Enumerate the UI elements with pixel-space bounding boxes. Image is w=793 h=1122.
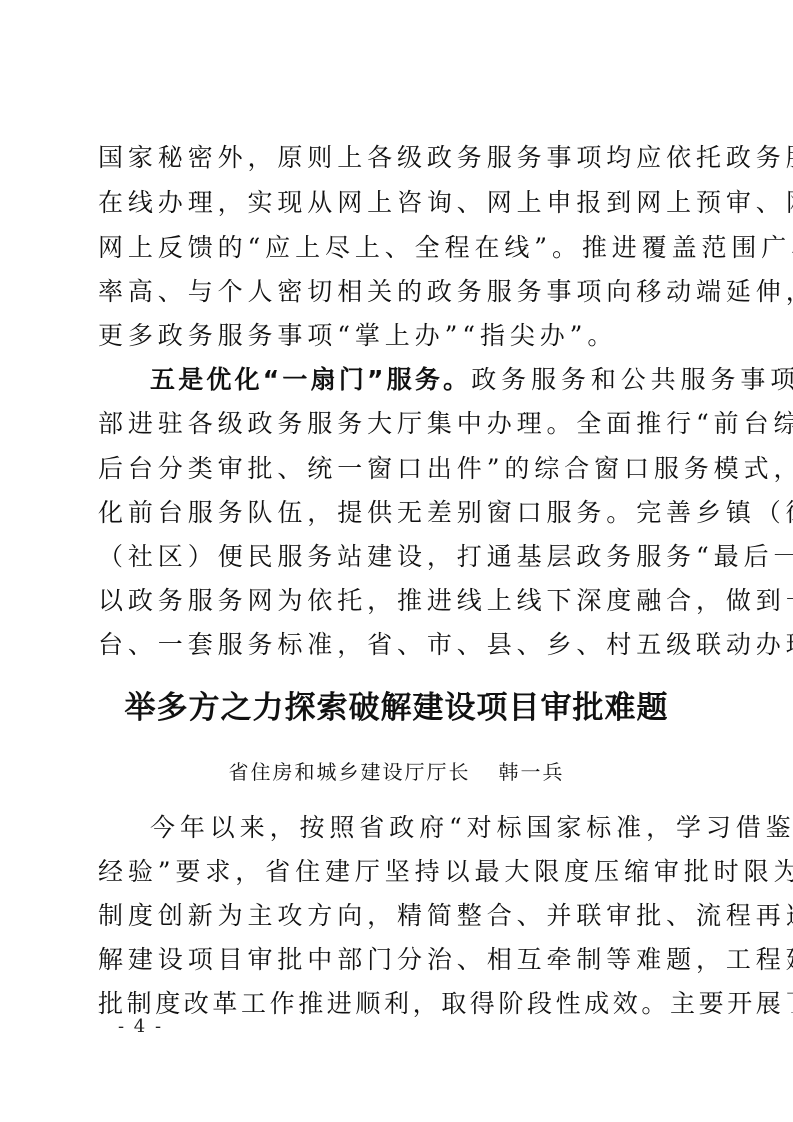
text-line: 化前台服务队伍，提供无差别窗口服务。完善乡镇（街道）和村	[98, 497, 710, 529]
text-line: 国家秘密外，原则上各级政务服务事项均应依托政务服务网开展	[98, 142, 710, 174]
text-line: 制度创新为主攻方向，精简整合、并联审批、流程再造，积极破	[98, 900, 710, 932]
point-heading: 五是优化“一扇门”服务。	[150, 365, 471, 394]
text-line: 五是优化“一扇门”服务。政务服务和公共服务事项应当全	[150, 364, 710, 396]
text-line: 网上反馈的“应上尽上、全程在线”。推进覆盖范围广、应用频	[98, 232, 710, 264]
article-title: 举多方之力探索破解建设项目审批难题	[0, 686, 793, 730]
text-line: 经验”要求，省住建厅坚持以最大限度压缩审批时限为核心，以	[98, 856, 710, 888]
text-span: 政务服务和公共服务事项应当全	[471, 365, 793, 394]
text-line: 今年以来，按照省政府“对标国家标准，学习借鉴先进省市	[150, 812, 710, 844]
text-line: 以政务服务网为依托，推进线上线下深度融合，做到一个办理平	[98, 585, 710, 617]
text-line: 台、一套服务标准，省、市、县、乡、村五级联动办理。逐步统	[98, 629, 710, 661]
text-line: 部进驻各级政务服务大厅集中办理。全面推行“前台综合受理、	[98, 408, 710, 440]
author-byline: 省住房和城乡建设厅厅长韩一兵	[0, 757, 793, 787]
text-line: 率高、与个人密切相关的政务服务事项向移动端延伸，推动实现	[98, 276, 710, 308]
text-line: （社区）便民服务站建设，打通基层政务服务“最后一公里”。	[98, 541, 710, 573]
text-line: 批制度改革工作推进顺利，取得阶段性成效。主要开展了以下工作:	[98, 988, 710, 1020]
text-line: 更多政务服务事项“掌上办”“指尖办”。	[98, 320, 710, 352]
text-line: 解建设项目审批中部门分治、相互牵制等难题，工程建设项目审	[98, 944, 710, 976]
text-line: 在线办理，实现从网上咨询、网上申报到网上预审、网上办理、	[98, 187, 710, 219]
text-line: 后台分类审批、统一窗口出件”的综合窗口服务模式，建立专业	[98, 453, 710, 485]
author-name: 韩一兵	[499, 760, 565, 784]
document-page: 国家秘密外，原则上各级政务服务事项均应依托政务服务网开展 在线办理，实现从网上咨…	[0, 0, 793, 1122]
author-title: 省住房和城乡建设厅厅长	[229, 760, 471, 784]
page-number: - 4 -	[118, 1014, 163, 1040]
